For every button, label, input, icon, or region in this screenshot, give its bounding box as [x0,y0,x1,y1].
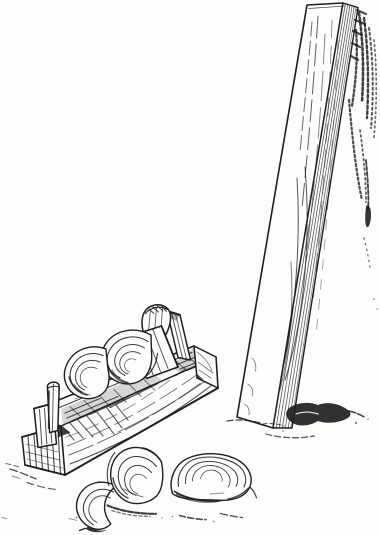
wooden-plank [227,3,378,438]
engraving-illustration [0,0,380,535]
illustration-canvas [0,0,380,535]
plank-cast-shadow [349,10,378,310]
throat-shaving-curl-left [64,347,109,399]
shaving-curl-middle [107,447,163,503]
shaving-curl-right [171,454,256,503]
ground-shavings [69,447,257,532]
